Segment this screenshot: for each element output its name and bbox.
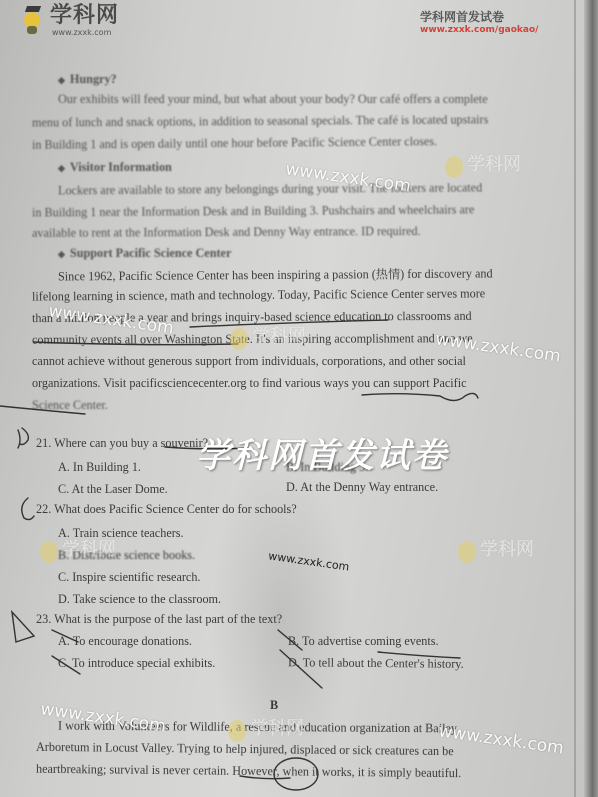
option-23-b[interactable]: B. To advertise coming events. xyxy=(288,634,439,649)
text-line: Since 1962, Pacific Science Center has b… xyxy=(58,264,493,284)
section-heading-hungry: Hungry? xyxy=(58,72,117,87)
logo-url: www.zxxk.com xyxy=(52,28,119,37)
option-21-b[interactable]: B. In Building 3. xyxy=(286,460,368,475)
text-line: menu of lunch and snack options, in addi… xyxy=(32,112,488,130)
option-23-c[interactable]: C. To introduce special exhibits. xyxy=(58,656,215,671)
option-21-a[interactable]: A. In Building 1. xyxy=(58,460,141,475)
question-21: 21. Where can you buy a souvenir? xyxy=(36,436,208,451)
watermark-logo: 学科网 xyxy=(228,714,308,746)
text-line: in Building 1 and is open daily until on… xyxy=(32,134,437,153)
header-right: 学科网首发试卷 www.zxxk.com/gaokao/ xyxy=(420,8,538,35)
option-21-d[interactable]: D. At the Denny Way entrance. xyxy=(286,480,438,495)
handwritten-circle xyxy=(22,498,34,520)
option-22-c[interactable]: C. Inspire scientific research. xyxy=(58,570,200,585)
watermark-logo: 学科网 xyxy=(458,535,538,567)
option-23-d[interactable]: D. To tell about the Center's history. xyxy=(288,655,464,672)
text-line: in Building 1 near the Information Desk … xyxy=(32,202,474,220)
text-line: heartbreaking; survival is never certain… xyxy=(36,762,461,781)
text-line: cannot achieve without generous support … xyxy=(32,354,466,369)
option-22-d[interactable]: D. Take science to the classroom. xyxy=(58,592,221,607)
question-23: 23. What is the purpose of the last part… xyxy=(36,612,282,627)
option-23-a[interactable]: A. To encourage donations. xyxy=(58,634,192,649)
handwritten-triangle xyxy=(12,612,34,642)
handwritten-letter xyxy=(18,428,28,448)
text-line: Science Center. xyxy=(32,398,108,413)
question-22: 22. What does Pacific Science Center do … xyxy=(36,502,297,517)
site-logo[interactable]: 学科网 www.zxxk.com xyxy=(22,4,119,37)
page-edge xyxy=(584,0,598,797)
watermark-logo: 学科网 xyxy=(230,322,310,354)
header-title: 学科网首发试卷 xyxy=(420,8,538,25)
text-line: lifelong learning in science, math and t… xyxy=(32,286,485,304)
logo-title: 学科网 xyxy=(50,4,119,28)
wavy-underline-mark xyxy=(362,393,478,400)
text-line: available to rent at the Information Des… xyxy=(32,224,421,241)
watermark-url: www.zxxk.com xyxy=(267,549,350,573)
text-line: Lockers are available to store any belon… xyxy=(58,181,482,199)
mascot-icon xyxy=(22,4,44,34)
header-url[interactable]: www.zxxk.com/gaokao/ xyxy=(420,25,538,35)
watermark-logo: 学科网 xyxy=(445,150,525,182)
watermark-logo: 学科网 xyxy=(40,535,120,567)
section-heading-visitor: Visitor Information xyxy=(58,160,172,175)
section-heading-support: Support Pacific Science Center xyxy=(58,246,231,261)
page-edge-line xyxy=(574,0,576,797)
option-21-c[interactable]: C. At the Laser Dome. xyxy=(58,482,168,497)
text-line: Our exhibits will feed your mind, but wh… xyxy=(58,92,488,107)
passage-b-label: B xyxy=(270,698,278,713)
text-line: organizations. Visit pacificsciencecente… xyxy=(32,376,467,391)
